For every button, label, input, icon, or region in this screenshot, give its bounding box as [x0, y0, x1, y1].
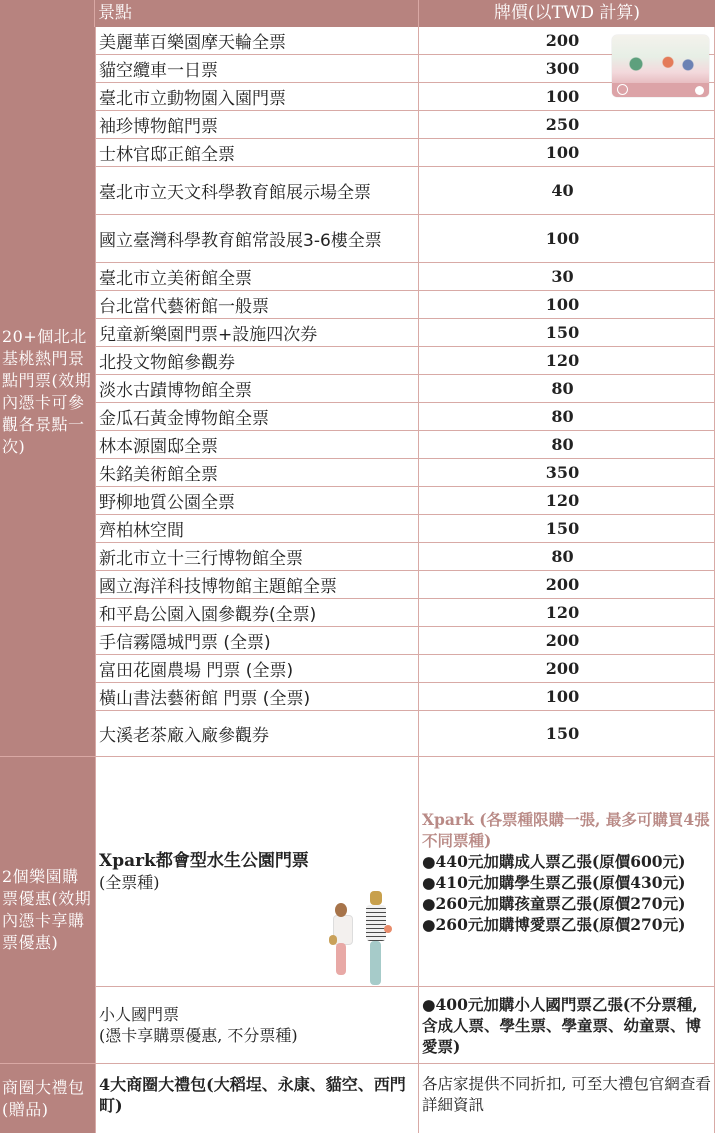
category-attractions: 20+個北北基桃熱門景點門票(效期內憑卡可參觀各景點一次) — [0, 27, 95, 757]
walking-people-illustration — [328, 887, 398, 997]
xpark-offer: ●410元加購學生票乙張(原價430元) — [422, 872, 711, 893]
attraction-name: 大溪老茶廠入廠參觀券 — [95, 711, 419, 756]
attraction-name: 臺北市立動物園入園門票 — [95, 83, 419, 110]
attraction-price: 200 — [419, 571, 715, 598]
attraction-price: 30 — [419, 263, 715, 290]
attraction-name: 和平島公園入園參觀券(全票) — [95, 599, 419, 626]
pass-card-image — [612, 35, 709, 97]
table-row: 台北當代藝術館一般票100 — [95, 291, 715, 319]
header-price: 牌價(以TWD 計算) — [419, 0, 715, 27]
attraction-name: 齊柏林空間 — [95, 515, 419, 542]
gift-pack-name: 4大商圈大禮包(大稻埕、永康、貓空、西門町) — [95, 1064, 419, 1133]
attraction-price: 100 — [419, 291, 715, 318]
xpark-name-line2: (全票種) — [99, 872, 309, 893]
attraction-name: 野柳地質公園全票 — [95, 487, 419, 514]
smallworld-offer-text: ●400元加購小人國門票乙張(不分票種, 含成人票、學生票、學童票、幼童票、博愛… — [422, 994, 711, 1057]
attraction-name: 袖珍博物館門票 — [95, 111, 419, 138]
table-row: 朱銘美術館全票350 — [95, 459, 715, 487]
table-row: 北投文物館參觀券120 — [95, 347, 715, 375]
card-logo-icon — [617, 84, 628, 95]
smallworld-name: 小人國門票 (憑卡享購票優惠, 不分票種) — [95, 987, 419, 1063]
attraction-price: 40 — [419, 167, 715, 214]
table-row: 齊柏林空間150 — [95, 515, 715, 543]
attraction-name: 兒童新樂園門票+設施四次券 — [95, 319, 419, 346]
header-category — [0, 0, 95, 27]
attraction-price: 200 — [419, 655, 715, 682]
smallworld-offer: ●400元加購小人國門票乙張(不分票種, 含成人票、學生票、學童票、幼童票、博愛… — [419, 987, 715, 1063]
xpark-name-line1: Xpark都會型水生公園門票 — [99, 851, 309, 872]
attraction-price: 120 — [419, 487, 715, 514]
attraction-price: 250 — [419, 111, 715, 138]
xpark-offer: ●260元加購博愛票乙張(原價270元) — [422, 914, 711, 935]
attraction-name: 林本源園邸全票 — [95, 431, 419, 458]
attraction-price: 120 — [419, 599, 715, 626]
gift-pack-desc: 各店家提供不同折扣, 可至大禮包官網查看詳細資訊 — [419, 1064, 715, 1133]
table-row: 臺北市立美術館全票30 — [95, 263, 715, 291]
attraction-price: 100 — [419, 683, 715, 710]
attraction-price: 100 — [419, 215, 715, 262]
attraction-name: 富田花園農場 門票 (全票) — [95, 655, 419, 682]
attraction-price: 200 — [419, 627, 715, 654]
xpark-note: Xpark (各票種限購一張, 最多可購買4張不同票種) — [422, 809, 711, 851]
table-row-xpark: Xpark都會型水生公園門票 (全票種) Xpark (各票種限購一張, 最多可… — [95, 757, 715, 987]
attraction-name: 臺北市立天文科學教育館展示場全票 — [95, 167, 419, 214]
attraction-name: 金瓜石黃金博物館全票 — [95, 403, 419, 430]
table-row: 淡水古蹟博物館全票80 — [95, 375, 715, 403]
attraction-name: 台北當代藝術館一般票 — [95, 291, 419, 318]
attraction-price: 150 — [419, 319, 715, 346]
attraction-name: 淡水古蹟博物館全票 — [95, 375, 419, 402]
attraction-price: 150 — [419, 515, 715, 542]
attraction-price: 80 — [419, 543, 715, 570]
table-row: 金瓜石黃金博物館全票80 — [95, 403, 715, 431]
table-row: 手信霧隱城門票 (全票)200 — [95, 627, 715, 655]
table-row: 大溪老茶廠入廠參觀券150 — [95, 711, 715, 757]
xpark-offers: Xpark (各票種限購一張, 最多可購買4張不同票種) ●440元加購成人票乙… — [419, 757, 715, 986]
attraction-price: 100 — [419, 139, 715, 166]
attraction-name: 美麗華百樂園摩天輪全票 — [95, 27, 419, 54]
smallworld-name-line1: 小人國門票 — [99, 1004, 298, 1025]
card-illustration — [620, 55, 700, 73]
attraction-name: 橫山書法藝術館 門票 (全票) — [95, 683, 419, 710]
smallworld-name-line2: (憑卡享購票優惠, 不分票種) — [99, 1025, 298, 1046]
table-row: 富田花園農場 門票 (全票)200 — [95, 655, 715, 683]
xpark-name: Xpark都會型水生公園門票 (全票種) — [95, 757, 419, 986]
attraction-name: 國立海洋科技博物館主題館全票 — [95, 571, 419, 598]
card-number-icon — [695, 86, 704, 95]
table-row-gift-pack: 4大商圈大禮包(大稻埕、永康、貓空、西門町) 各店家提供不同折扣, 可至大禮包官… — [95, 1064, 715, 1133]
xpark-offer: ●260元加購孩童票乙張(原價270元) — [422, 893, 711, 914]
table-row: 士林官邸正館全票100 — [95, 139, 715, 167]
gift-pack-desc-text: 各店家提供不同折扣, 可至大禮包官網查看詳細資訊 — [422, 1074, 711, 1116]
header-attraction: 景點 — [95, 0, 419, 27]
attraction-name: 臺北市立美術館全票 — [95, 263, 419, 290]
table-row: 野柳地質公園全票120 — [95, 487, 715, 515]
category-attractions-label: 20+個北北基桃熱門景點門票(效期內憑卡可參觀各景點一次) — [2, 326, 93, 458]
category-theme-parks-label: 2個樂園購票優惠(效期內憑卡享購票優惠) — [2, 866, 93, 954]
attraction-price: 80 — [419, 431, 715, 458]
xpark-offer: ●440元加購成人票乙張(原價600元) — [422, 851, 711, 872]
table-row: 兒童新樂園門票+設施四次券150 — [95, 319, 715, 347]
attraction-name: 北投文物館參觀券 — [95, 347, 419, 374]
attraction-name: 貓空纜車一日票 — [95, 55, 419, 82]
attraction-name: 士林官邸正館全票 — [95, 139, 419, 166]
category-gift-pack: 商圈大禮包(贈品) — [0, 1064, 95, 1133]
category-theme-parks: 2個樂園購票優惠(效期內憑卡享購票優惠) — [0, 757, 95, 1064]
table-row: 國立海洋科技博物館主題館全票200 — [95, 571, 715, 599]
table-row: 袖珍博物館門票250 — [95, 111, 715, 139]
attraction-price: 350 — [419, 459, 715, 486]
table-row: 臺北市立天文科學教育館展示場全票40 — [95, 167, 715, 215]
table-row: 橫山書法藝術館 門票 (全票)100 — [95, 683, 715, 711]
category-gift-pack-label: 商圈大禮包(贈品) — [2, 1077, 93, 1121]
attraction-price: 80 — [419, 375, 715, 402]
attraction-name: 國立臺灣科學教育館常設展3-6樓全票 — [95, 215, 419, 262]
table-row: 林本源園邸全票80 — [95, 431, 715, 459]
attraction-name: 手信霧隱城門票 (全票) — [95, 627, 419, 654]
attraction-price: 80 — [419, 403, 715, 430]
attraction-price: 120 — [419, 347, 715, 374]
table-row-smallworld: 小人國門票 (憑卡享購票優惠, 不分票種) ●400元加購小人國門票乙張(不分票… — [95, 987, 715, 1064]
attraction-name: 新北市立十三行博物館全票 — [95, 543, 419, 570]
attraction-price: 150 — [419, 711, 715, 756]
attraction-name: 朱銘美術館全票 — [95, 459, 419, 486]
table-row: 國立臺灣科學教育館常設展3-6樓全票100 — [95, 215, 715, 263]
table-row: 和平島公園入園參觀券(全票)120 — [95, 599, 715, 627]
table-row: 新北市立十三行博物館全票80 — [95, 543, 715, 571]
gift-pack-name-text: 4大商圈大禮包(大稻埕、永康、貓空、西門町) — [99, 1074, 418, 1116]
